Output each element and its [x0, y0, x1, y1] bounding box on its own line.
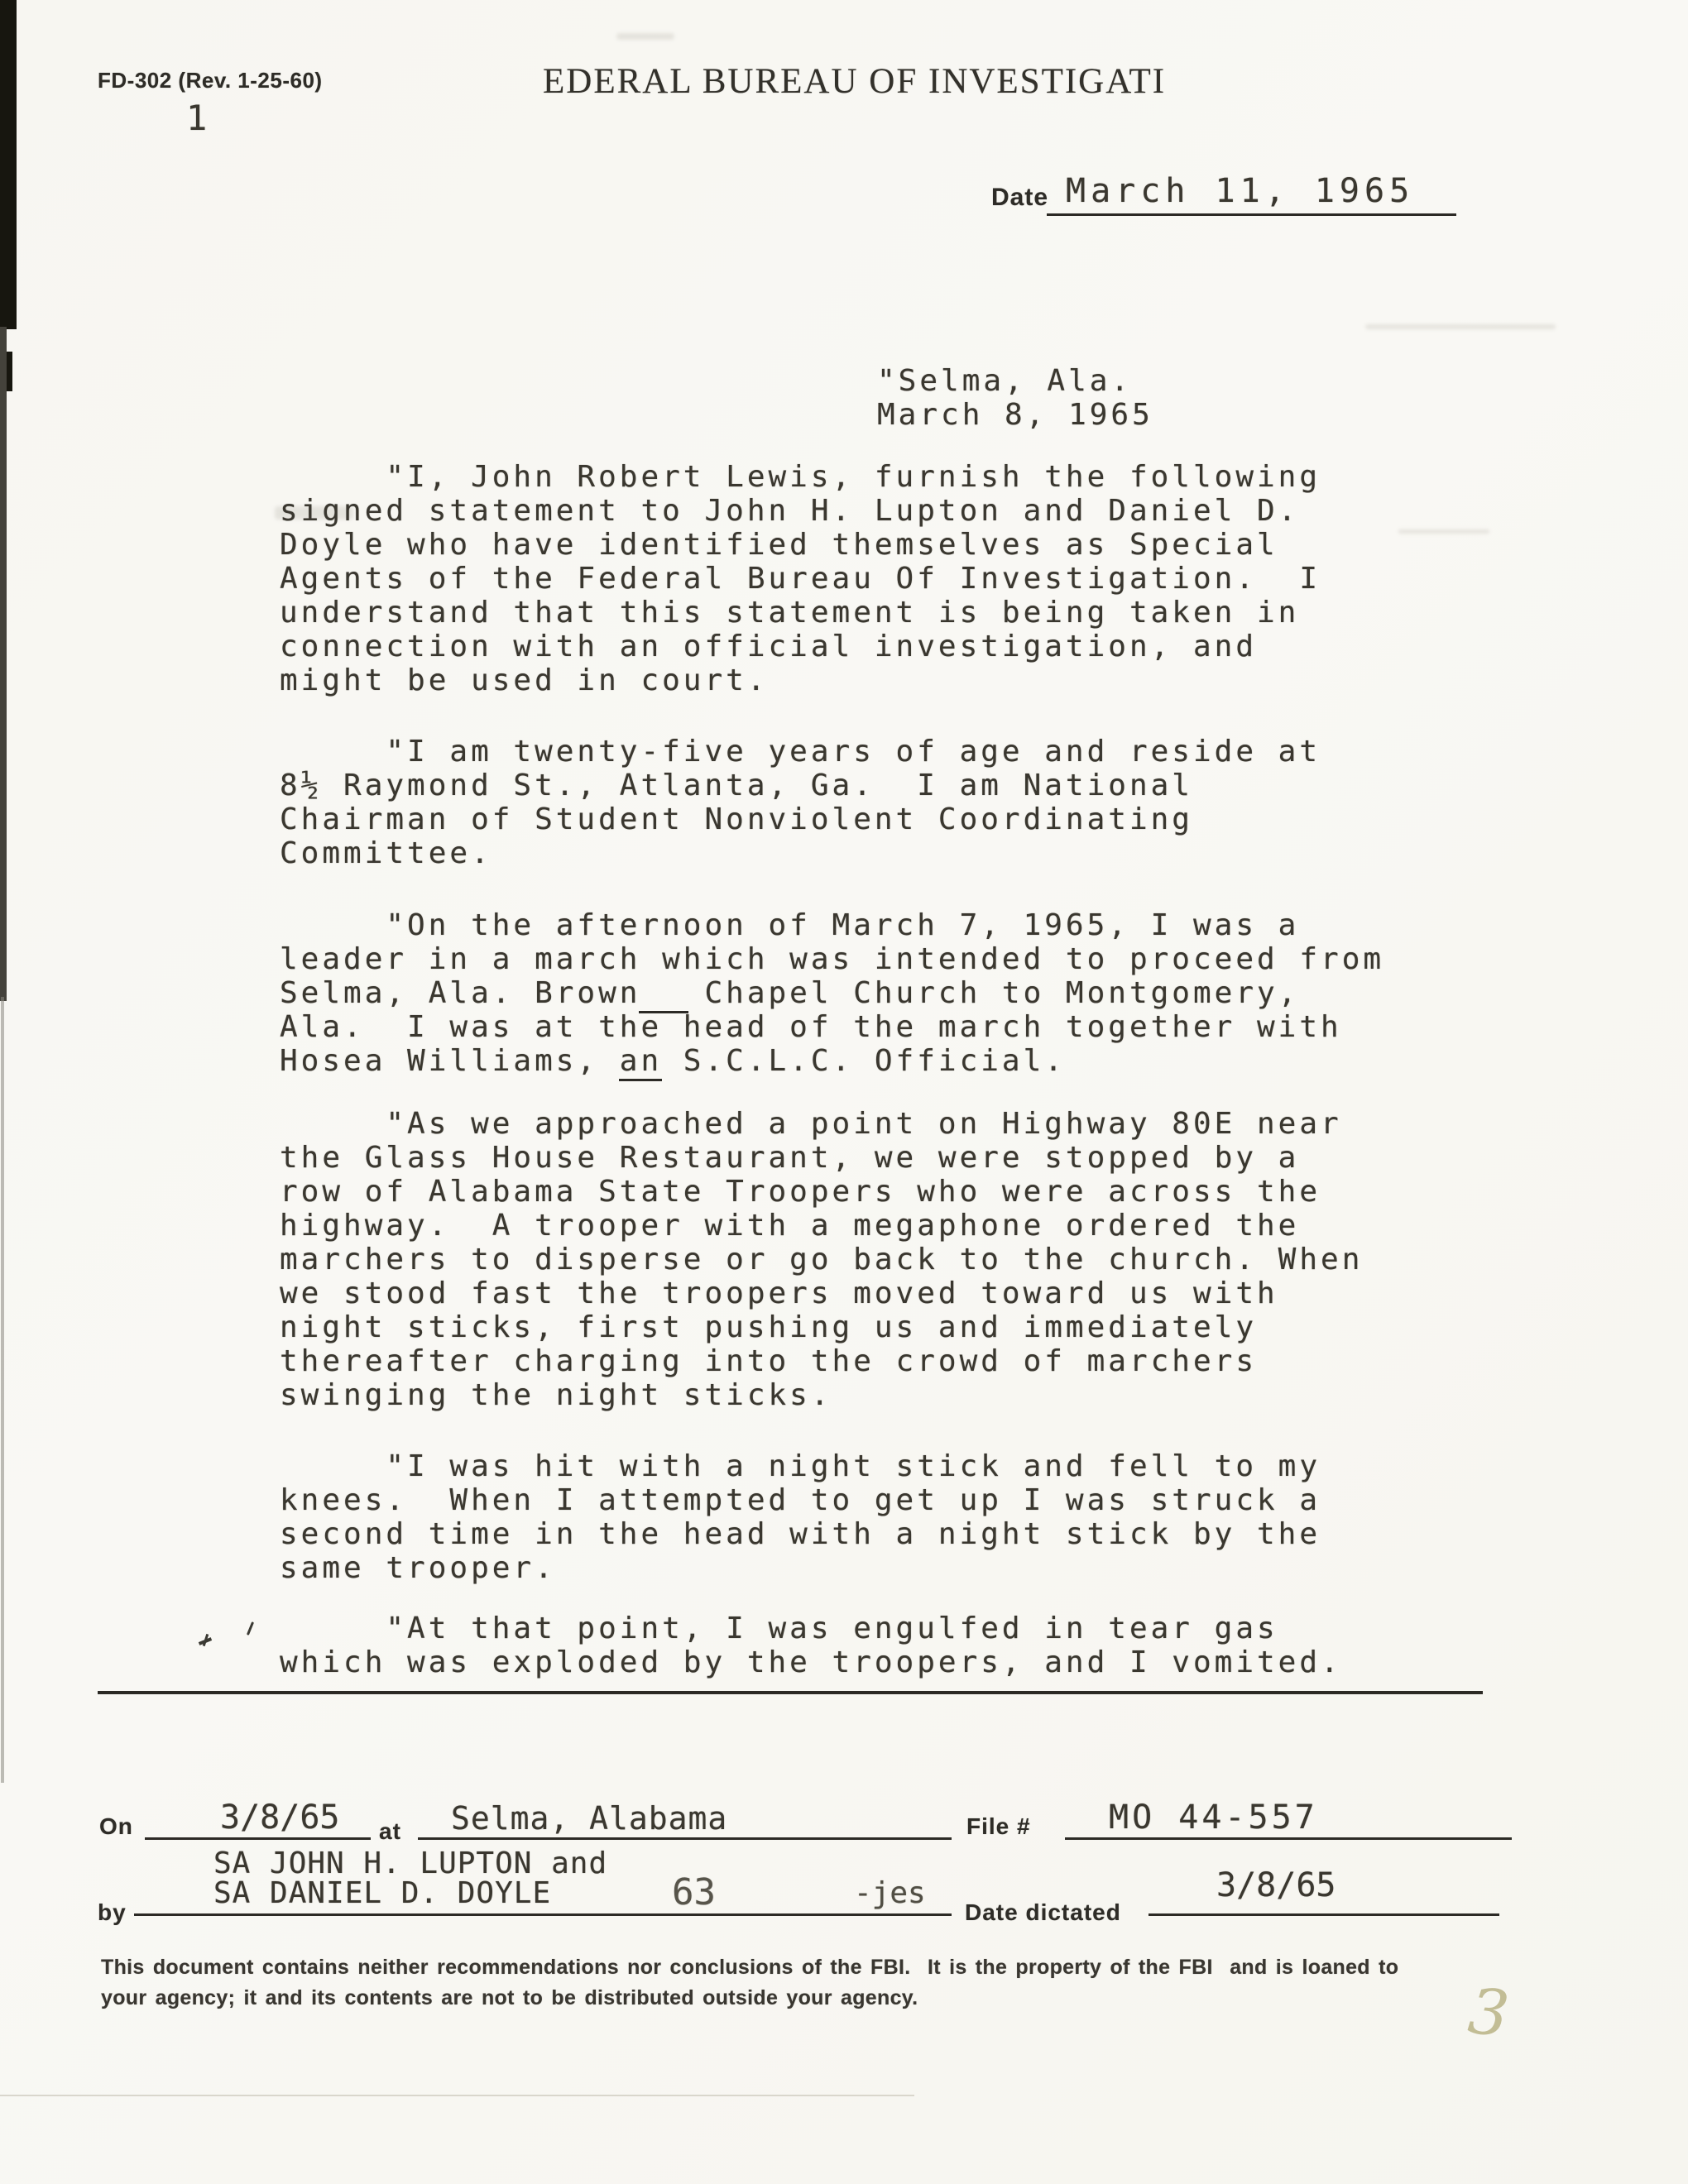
scan-edge-bar-mid	[0, 327, 7, 1001]
at-underline	[418, 1837, 952, 1840]
agent-number: 63	[672, 1871, 716, 1913]
scan-edge-bar-low	[1, 997, 4, 1783]
pen-mark	[247, 1621, 254, 1636]
form-number: FD-302 (Rev. 1-25-60)	[98, 68, 323, 93]
typed-underscore-mark	[639, 1011, 688, 1013]
at-value: Selma, Alabama	[451, 1800, 727, 1837]
on-label: On	[99, 1813, 133, 1840]
on-value: 3/8/65	[220, 1798, 340, 1837]
date-dictated-underline	[1149, 1913, 1499, 1916]
fd302-document-page: FD-302 (Rev. 1-25-60) 1 EDERAL BUREAU OF…	[0, 0, 1688, 2184]
statement-paragraph-1: "I, John Robert Lewis, furnish the follo…	[280, 460, 1321, 697]
statement-paragraph-6: "At that point, I was engulfed in tear g…	[280, 1612, 1342, 1679]
statement-paragraph-3: "On the afternoon of March 7, 1965, I wa…	[280, 908, 1384, 1078]
page-number: 1	[186, 98, 207, 138]
on-underline	[145, 1837, 371, 1840]
statement-paragraph-4: "As we approached a point on Highway 80E…	[280, 1107, 1363, 1412]
typist-initials: -jes	[854, 1876, 926, 1910]
date-dictated-label: Date dictated	[965, 1899, 1121, 1926]
agents-line-2: SA DANIEL D. DOYLE	[213, 1876, 551, 1910]
at-label: at	[379, 1818, 401, 1845]
by-underline	[134, 1913, 952, 1916]
disclaimer-text: This document contains neither recommend…	[101, 1952, 1398, 2014]
statement-paragraph-5: "I was hit with a night stick and fell t…	[280, 1449, 1321, 1585]
typed-underscore-mark	[619, 1079, 662, 1081]
scan-faint-line-bottom	[0, 2095, 914, 2096]
file-number-underline	[1065, 1837, 1512, 1840]
date-value: March 11, 1965	[1066, 172, 1414, 210]
handwritten-page-number: 3	[1465, 1974, 1512, 2052]
scan-smudge	[616, 33, 674, 40]
agents-line-1: SA JOHN H. LUPTON and	[213, 1846, 607, 1880]
section-divider-rule	[98, 1691, 1483, 1694]
date-label: Date	[991, 184, 1048, 212]
date-underline	[1047, 213, 1456, 216]
date-dictated-value: 3/8/65	[1216, 1866, 1336, 1904]
file-number-value: MO 44-557	[1109, 1798, 1318, 1837]
file-number-label: File #	[966, 1813, 1031, 1840]
by-label: by	[98, 1899, 127, 1926]
scan-edge-bar-top	[0, 0, 17, 329]
statement-heading: "Selma, Ala. March 8, 1965	[877, 364, 1153, 432]
statement-paragraph-2: "I am twenty-five years of age and resid…	[280, 735, 1321, 870]
scan-smudge	[1398, 529, 1489, 534]
bureau-title: EDERAL BUREAU OF INVESTIGATI	[543, 61, 1166, 102]
scan-smudge	[1365, 324, 1556, 329]
